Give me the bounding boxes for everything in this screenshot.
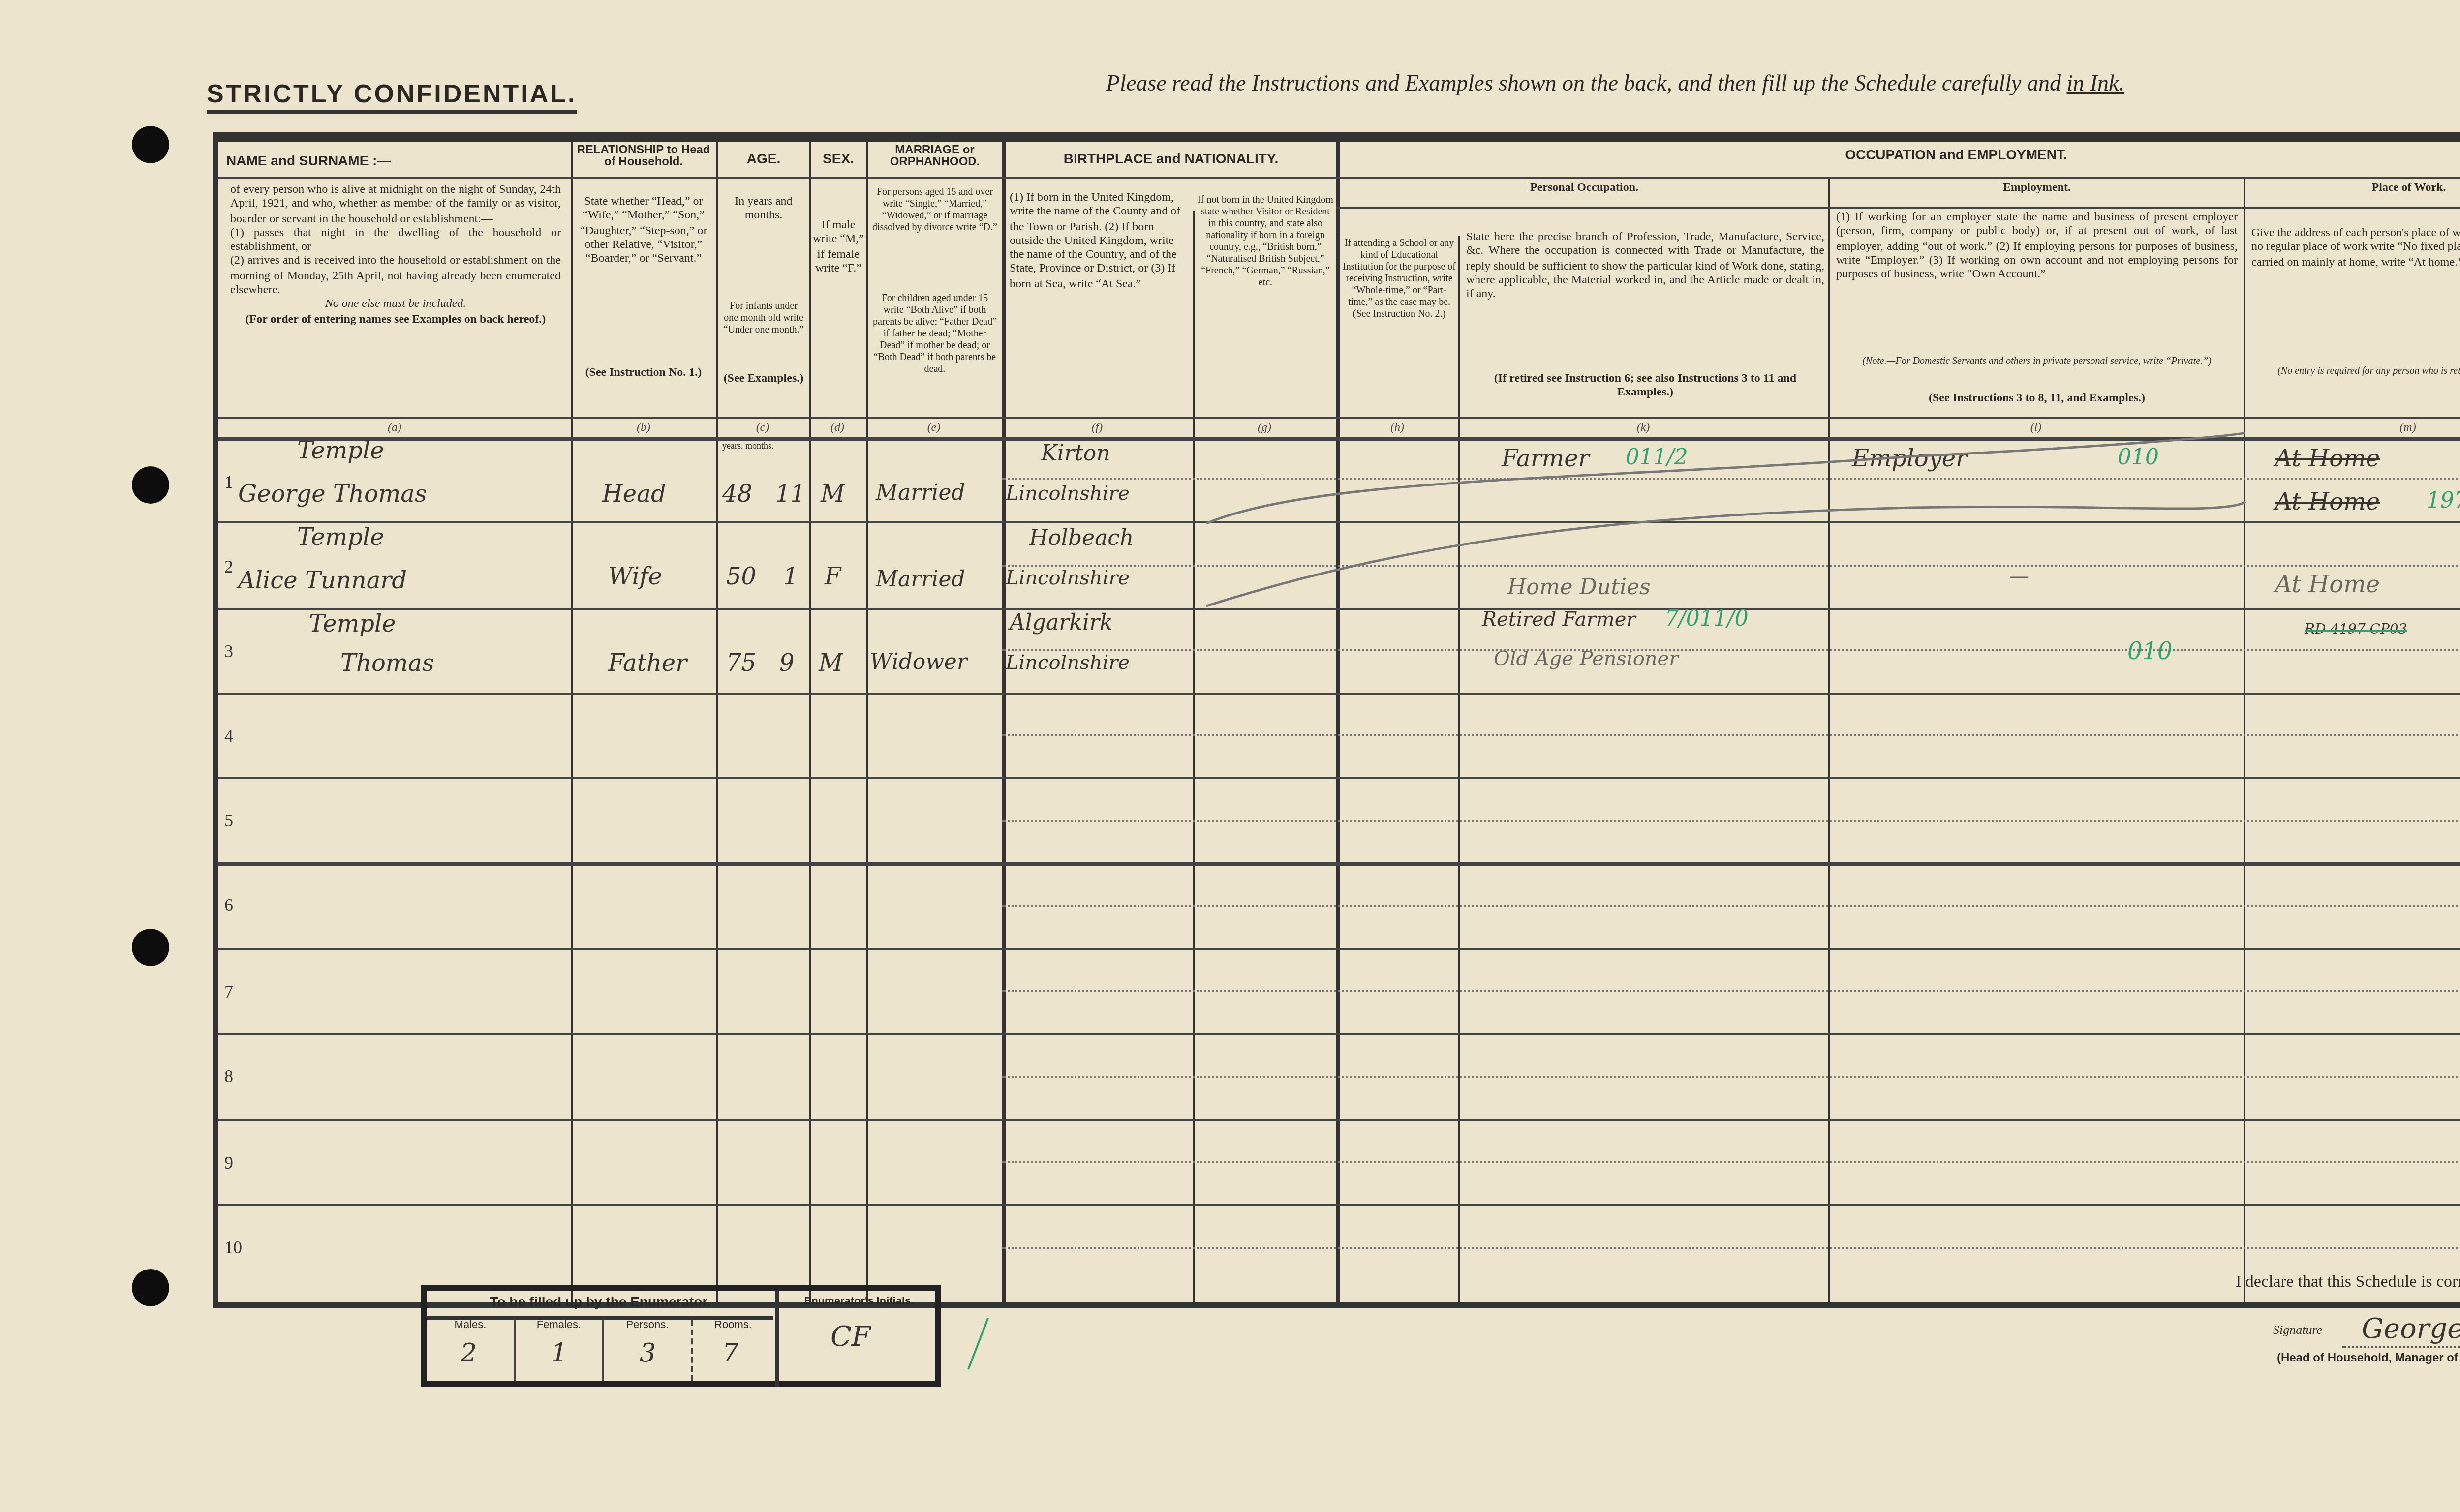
signature-label: Signature <box>2273 1324 2322 1338</box>
punch-hole <box>132 466 169 504</box>
declaration-text: I declare that this Schedule is correctl… <box>2236 1271 2460 1291</box>
signature-caption: (Head of Household, Manager of Establish… <box>2277 1354 2460 1365</box>
green-tick <box>960 1314 1000 1373</box>
pencil-strike-lines <box>218 142 2460 1306</box>
page-title: STRICTLY CONFIDENTIAL. <box>207 79 577 114</box>
signature[interactable]: George Thomas Temple <box>2362 1314 2460 1346</box>
females-count[interactable]: 1 <box>551 1340 567 1369</box>
census-schedule-page: STRICTLY CONFIDENTIAL. Please read the I… <box>0 0 2460 1512</box>
household-table: NAME and SURNAME :— of every person who … <box>213 132 2460 1308</box>
enumerator-summary-box: To be filled up by the Enumerator. Enume… <box>421 1285 941 1387</box>
enumerator-initials[interactable]: CF <box>830 1322 871 1354</box>
persons-count[interactable]: 3 <box>640 1340 656 1369</box>
punch-hole <box>132 1269 169 1306</box>
rooms-count[interactable]: 7 <box>722 1340 738 1369</box>
males-count[interactable]: 2 <box>461 1340 477 1369</box>
instruction-line: Please read the Instructions and Example… <box>1106 73 2124 96</box>
punch-hole <box>132 126 169 163</box>
punch-hole <box>132 929 169 966</box>
